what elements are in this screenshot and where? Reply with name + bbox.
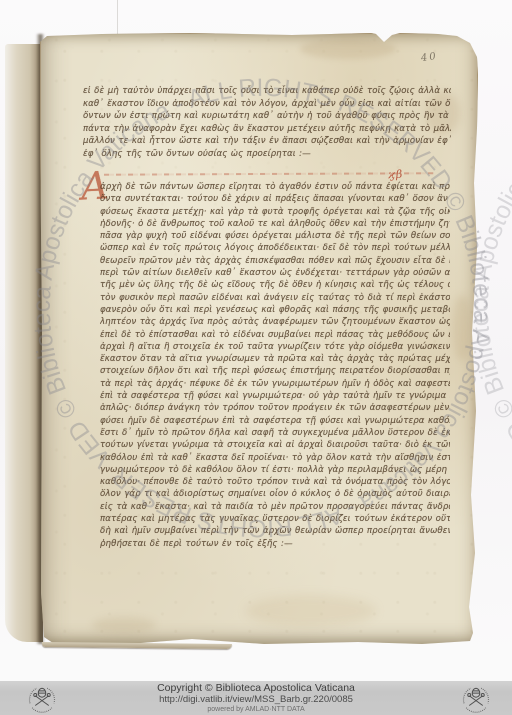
- stain: [246, 595, 376, 627]
- manuscript-text-line: καθόλου ἐπὶ τὰ καθ᾽ ἕκαστα δεῖ προϊέναι·…: [100, 452, 450, 464]
- main-text-block: ἀρχὴ δὲ τῶν πάντων ὥσπερ εἴρηται τὸ ἀγαθ…: [100, 181, 450, 550]
- footer-url: http://digi.vatlib.it/view/MSS_Barb.gr.2…: [159, 694, 353, 705]
- manuscript-text-line: ἐπὶ τὰ σαφέστερα τῇ φύσει καὶ γνωριμώτερ…: [100, 390, 450, 402]
- vatican-library-seal-icon: [27, 683, 57, 713]
- manuscript-text-line: τὸν φυσικὸν περὶ πασῶν εἰδέναι καὶ ἀνάγε…: [100, 292, 450, 304]
- manuscript-text-line: ἐπεὶ δὲ τὸ ἐπίστασθαι καὶ τὸ εἰδέναι συμ…: [100, 329, 450, 341]
- manuscript-text-line: ῥηθήσεται δὲ περὶ τούτων ἐν τοῖς ἑξῆς :—: [100, 538, 450, 550]
- manuscript-text-line: γνωριμώτερον τὸ δὲ καθόλου ὅλον τί ἐστι·…: [100, 464, 450, 476]
- footer-powered-by: powered by AMLAD·NTT DATA: [207, 705, 304, 714]
- scan-viewport: 40 εἰ δὲ μὴ ταὐτὸν ὑπάρχει πᾶσι τοῖς οὖσ…: [0, 0, 512, 715]
- manuscript-text-line: περὶ τῶν αἰτίων διελθεῖν καθ᾽ ἕκαστον ὡς…: [100, 267, 450, 279]
- manuscript-text-line: θεωρεῖν πρῶτον μὲν τὰς ἀρχὰς ἐπισκέψασθα…: [100, 255, 450, 267]
- manuscript-text-line: ἔστι δ᾽ ἡμῖν τὸ πρῶτον δῆλα καὶ σαφῆ τὰ …: [100, 427, 450, 439]
- manuscript-text-line: καθ᾽ ἕκαστον ἴδιον ἀποδοτέον καὶ τὸν λόγ…: [83, 98, 451, 111]
- stain: [300, 39, 396, 59]
- manuscript-text-line: πᾶσα γὰρ ψυχὴ τοῦ εἰδέναι φύσει ὀρέγεται…: [100, 230, 450, 242]
- manuscript-page: 40 εἰ δὲ μὴ ταὐτὸν ὑπάρχει πᾶσι τοῖς οὖσ…: [40, 33, 478, 645]
- manuscript-text-line: ἡδονῆς· ὁ δὲ ἄνθρωπος τοῦ καλοῦ τε καὶ ἀ…: [100, 218, 450, 230]
- manuscript-text-line: πάντα τὴν ἀναφορὰν ἔχει καθὼς ἂν ἕκαστον…: [83, 123, 451, 136]
- manuscript-text-line: εἰς τὰ καθ᾽ ἕκαστα· καὶ τὰ παιδία τὸ μὲν…: [100, 501, 450, 513]
- manuscript-text-line: μᾶλλόν τε καὶ ἧττον ὥστε καὶ τὴν τάξιν ἐ…: [83, 135, 451, 148]
- manuscript-text-line: ὄντων ὧν ἐστι πρώτη καὶ κυριωτάτη καθ᾽ α…: [83, 110, 451, 123]
- manuscript-text-line: φύσει ἡμῖν δὲ σαφεστέρων ἐπὶ τὰ σαφέστερ…: [100, 415, 450, 427]
- manuscript-text-line: καθόλου· πέπονθε δὲ ταὐτὸ τοῦτο τρόπον τ…: [100, 476, 450, 488]
- manuscript-text-line: ληπτέον τὰς ἀρχάς ἵνα πρὸς αὐτὰς ἀναφέρω…: [100, 316, 450, 328]
- footer-copyright: Copyright © Biblioteca Apostolica Vatica…: [157, 682, 355, 694]
- manuscript-text-line: φύσεως ἕκαστα μετέχῃ· καὶ γὰρ τὰ φυτὰ τρ…: [100, 206, 450, 218]
- manuscript-text-line: φανερὸν οὖν ὅτι καὶ περὶ γενέσεως καὶ φθ…: [100, 304, 450, 316]
- worn-page-bottom-edge: [42, 642, 232, 649]
- stain: [452, 295, 472, 361]
- manuscript-text-line: τούτων γίνεται γνώριμα τὰ στοιχεῖα καὶ α…: [100, 439, 450, 451]
- manuscript-text-line: ὅλον γάρ τι καὶ ἀδιορίστως σημαίνει οἷον…: [100, 488, 450, 500]
- red-marginal-mark: ϗβ: [388, 167, 404, 181]
- vatican-library-seal-icon: [461, 683, 491, 713]
- manuscript-text-line: ὥσπερ καὶ ἐν τοῖς πρώτοις λόγοις ἀποδέδε…: [100, 242, 450, 254]
- manuscript-text-line: ἕκαστον ὅταν τὰ αἴτια γνωρίσωμεν τὰ πρῶτ…: [100, 353, 450, 365]
- rubric-title-line: [102, 172, 434, 175]
- manuscript-text-line: ἀρχὴ δὲ τῶν πάντων ὥσπερ εἴρηται τὸ ἀγαθ…: [100, 181, 450, 193]
- scan-seam: [117, 0, 118, 34]
- paragraph-one: εἰ δὲ μὴ ταὐτὸν ὑπάρχει πᾶσι τοῖς οὖσι τ…: [83, 85, 451, 160]
- stain: [92, 617, 156, 633]
- manuscript-text-line: δὴ καὶ ἡμῖν συμβαίνει περὶ τὴν τῶν ἀρχῶν…: [100, 525, 450, 537]
- folio-number: 40: [420, 51, 438, 64]
- manuscript-text-line: ἁπλῶς· διόπερ ἀνάγκη τὸν τρόπον τοῦτον π…: [100, 402, 450, 414]
- footer-bar: Copyright © Biblioteca Apostolica Vatica…: [0, 681, 512, 715]
- manuscript-text-line: ἀρχαὶ ἢ αἴτια ἢ στοιχεῖα ἐκ τοῦ ταῦτα γν…: [100, 341, 450, 353]
- manuscript-text-line: τῆς μὲν ὡς ὕλης τῆς δὲ ὡς εἴδους τῆς δὲ …: [100, 279, 450, 291]
- manuscript-text-line: εἰ δὲ μὴ ταὐτὸν ὑπάρχει πᾶσι τοῖς οὖσι τ…: [83, 85, 451, 98]
- manuscript-text-line: πατέρας καὶ μητέρας τὰς γυναῖκας ὕστερον…: [100, 513, 450, 525]
- manuscript-text-line: στοιχείων δῆλον ὅτι καὶ τῆς περὶ φύσεως …: [100, 365, 450, 377]
- manuscript-text-line: ὄντα συντέτακται· τούτου δὲ χάριν αἱ πρά…: [100, 193, 450, 205]
- manuscript-text-line: ἐφ᾽ ὅλης τῆς τῶν ὄντων οὐσίας ὡς προείρη…: [83, 148, 451, 161]
- manuscript-text-line: τὰ περὶ τὰς ἀρχάς· πέφυκε δὲ ἐκ τῶν γνωρ…: [100, 378, 450, 390]
